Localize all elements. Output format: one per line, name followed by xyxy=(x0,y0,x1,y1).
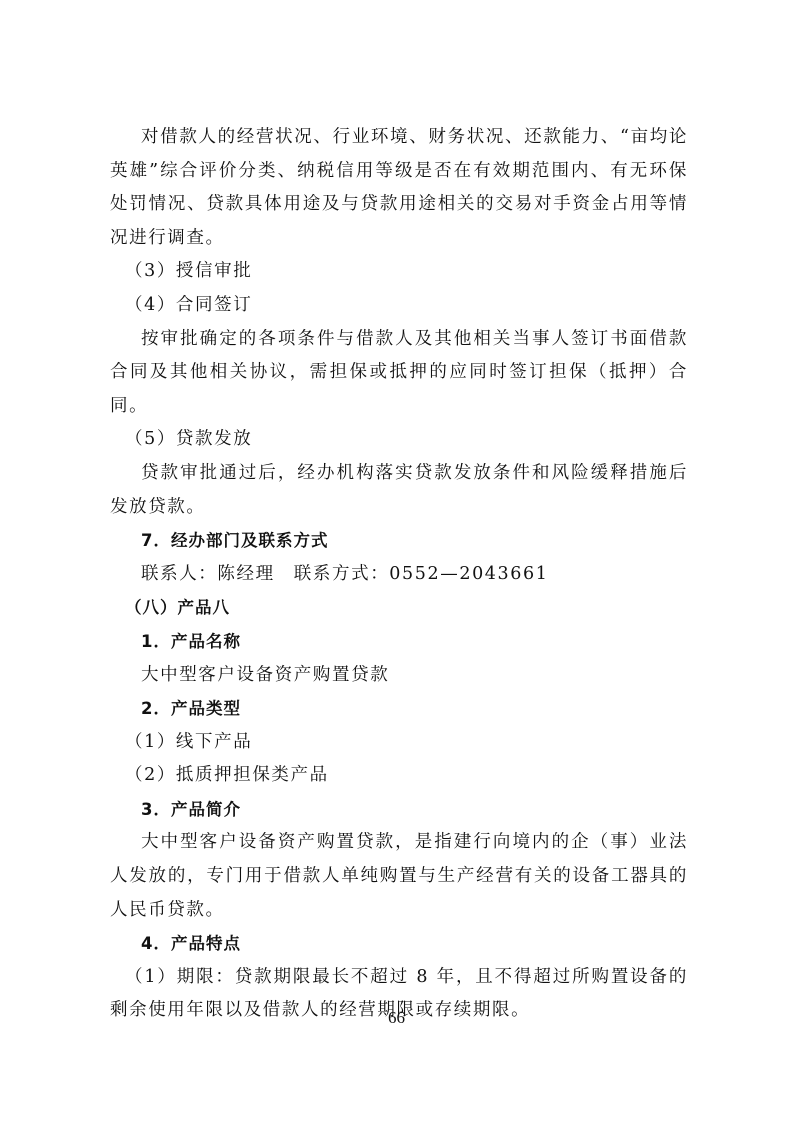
item-credit-approval: （3）授信审批 xyxy=(110,255,688,289)
contact-info: 联系人：陈经理 联系方式：0552—2043661 xyxy=(110,558,688,592)
heading-department-contact: 7．经办部门及联系方式 xyxy=(110,524,688,558)
heading-product-intro: 3．产品简介 xyxy=(110,793,688,827)
paragraph-product-intro: 大中型客户设备资产购置贷款，是指建行向境内的企（事）业法人发放的，专门用于借款人… xyxy=(110,826,688,927)
paragraph-investigation: 对借款人的经营状况、行业环境、财务状况、还款能力、“亩均论英雄”综合评价分类、纳… xyxy=(110,121,688,255)
paragraph-contract: 按审批确定的各项条件与借款人及其他相关当事人签订书面借款合同及其他相关协议，需担… xyxy=(110,323,688,424)
heading-product-eight: （八）产品八 xyxy=(110,591,688,625)
item-offline-product: （1）线下产品 xyxy=(110,726,688,760)
document-page: 对借款人的经营状况、行业环境、财务状况、还款能力、“亩均论英雄”综合评价分类、纳… xyxy=(110,121,688,1028)
item-contract-signing: （4）合同签订 xyxy=(110,289,688,323)
product-name: 大中型客户设备资产购置贷款 xyxy=(110,659,688,693)
page-number: 66 xyxy=(0,1008,793,1028)
heading-product-features: 4．产品特点 xyxy=(110,927,688,961)
item-collateral-product: （2）抵质押担保类产品 xyxy=(110,759,688,793)
heading-product-name: 1．产品名称 xyxy=(110,625,688,659)
heading-product-type: 2．产品类型 xyxy=(110,692,688,726)
paragraph-disbursement: 贷款审批通过后，经办机构落实贷款发放条件和风险缓释措施后发放贷款。 xyxy=(110,457,688,524)
item-loan-disbursement: （5）贷款发放 xyxy=(110,423,688,457)
